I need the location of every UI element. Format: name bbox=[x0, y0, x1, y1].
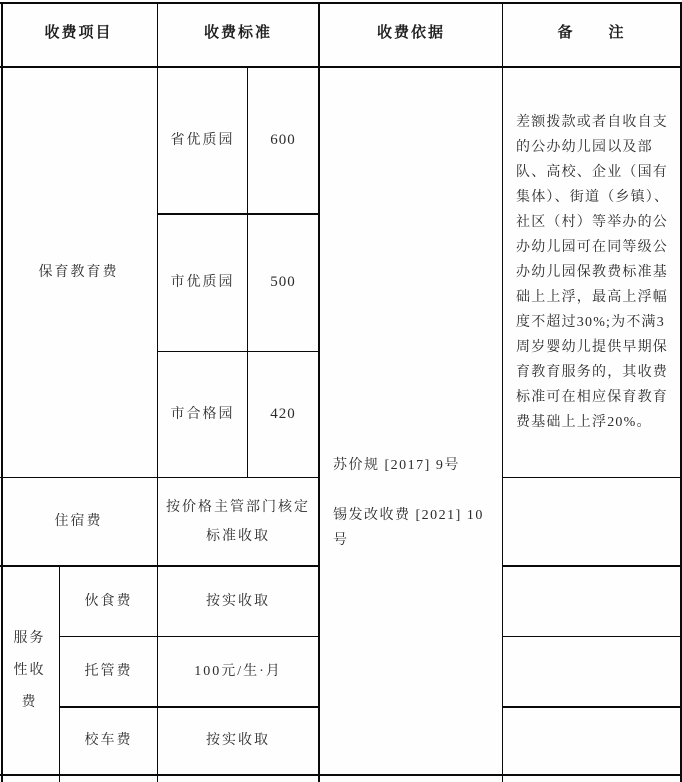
cell-tier-city-quality: 市优质园 bbox=[158, 215, 248, 352]
partial-row-cell-item bbox=[60, 776, 158, 782]
cell-price-city-quality: 500 bbox=[248, 215, 320, 352]
header-fee-basis: 收费依据 bbox=[320, 2, 503, 68]
cell-meal-fee-standard: 按实收取 bbox=[158, 567, 320, 637]
header-remark: 备 注 bbox=[503, 2, 682, 68]
cell-remark-empty-care bbox=[503, 637, 682, 708]
cell-price-province-quality: 600 bbox=[248, 68, 320, 215]
fee-basis-doc-2: 锡发改收费 [2021] 10号 bbox=[333, 503, 494, 553]
cell-tier-city-qualified: 市合格园 bbox=[158, 352, 248, 478]
cell-nursery-education-fee-label: 保育教育费 bbox=[0, 68, 158, 478]
cell-price-city-qualified: 420 bbox=[248, 352, 320, 478]
cell-care-fee-label: 托管费 bbox=[60, 637, 158, 708]
cell-schoolbus-fee-standard: 按实收取 bbox=[158, 708, 320, 776]
cell-remark-empty-boarding bbox=[503, 478, 682, 567]
cell-schoolbus-fee-label: 校车费 bbox=[60, 708, 158, 776]
cell-tier-province-quality: 省优质园 bbox=[158, 68, 248, 215]
cell-care-fee-standard: 100元/生·月 bbox=[158, 637, 320, 708]
header-fee-item: 收费项目 bbox=[0, 2, 158, 68]
partial-row-cell-group bbox=[0, 776, 60, 782]
partial-row-cell-remark bbox=[503, 776, 682, 782]
partial-row-cell-basis bbox=[320, 776, 503, 782]
cell-boarding-fee-label: 住宿费 bbox=[0, 478, 158, 567]
cell-remark-text: 差额拨款或者自收自支的公办幼儿园以及部队、高校、企业（国有集体）、街道（乡镇）、… bbox=[503, 68, 682, 478]
cell-remark-empty-schoolbus bbox=[503, 708, 682, 776]
fee-basis-doc-1: 苏价规 [2017] 9号 bbox=[333, 453, 494, 478]
header-fee-standard: 收费标准 bbox=[158, 2, 320, 68]
cell-boarding-fee-standard: 按价格主管部门核定标准收取 bbox=[158, 478, 320, 567]
partial-row-cell-standard bbox=[158, 776, 320, 782]
fee-schedule-table: 收费项目 收费标准 收费依据 备 注 保育教育费 住宿费 服务性收费 省优质园 … bbox=[0, 0, 682, 782]
cell-service-fees-label: 服务性收费 bbox=[0, 567, 60, 776]
cell-meal-fee-label: 伙食费 bbox=[60, 567, 158, 637]
cell-remark-empty-meal bbox=[503, 567, 682, 637]
cell-fee-basis: 苏价规 [2017] 9号 锡发改收费 [2021] 10号 bbox=[320, 68, 503, 776]
